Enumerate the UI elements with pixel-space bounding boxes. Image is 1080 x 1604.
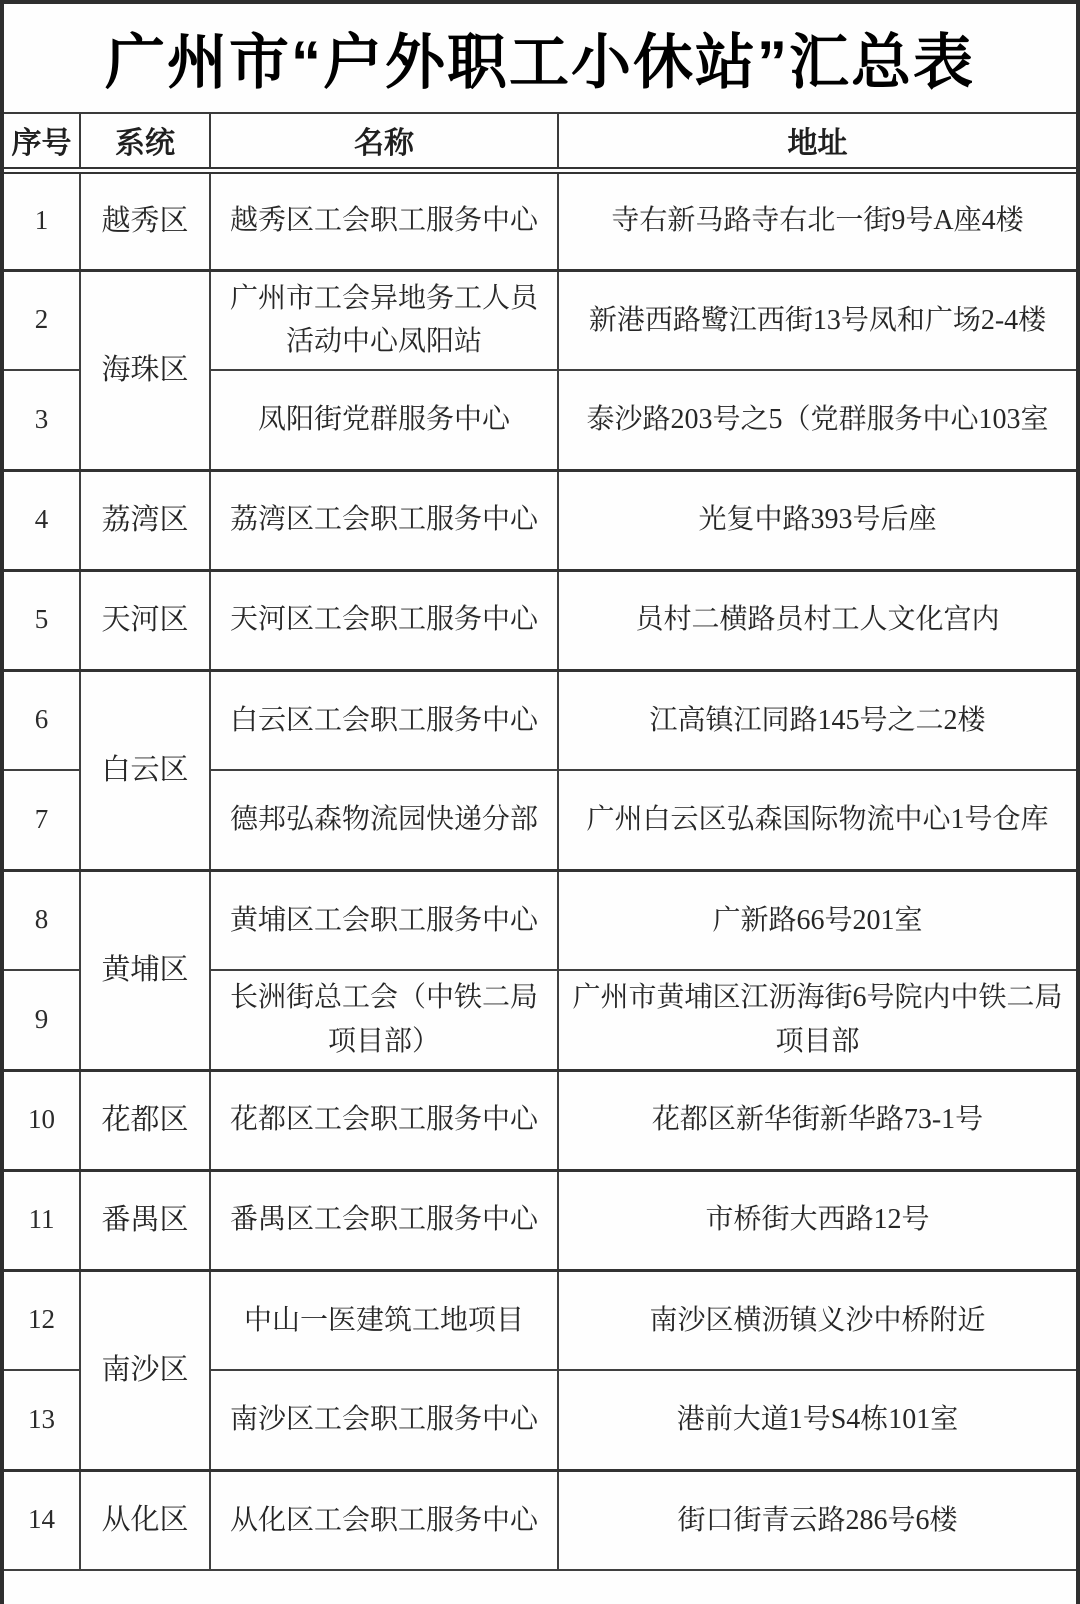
cell-address: 广新路66号201室 [558,870,1076,970]
page-title: 广州市“户外职工小休站”汇总表 [4,4,1076,114]
table-row: 8黄埔区黄埔区工会职工服务中心广新路66号201室 [4,870,1076,970]
cell-index: 9 [4,970,80,1070]
cell-district: 天河区 [80,570,210,670]
cell-district: 越秀区 [80,170,210,270]
cell-name: 长洲街总工会（中铁二局项目部） [210,970,558,1070]
cell-address: 市桥街大西路12号 [558,1170,1076,1270]
col-header-name: 名称 [210,114,558,170]
table-row: 2海珠区广州市工会异地务工人员活动中心凤阳站新港西路鹭江西街13号凤和广场2-4… [4,270,1076,370]
cell-name: 黄埔区工会职工服务中心 [210,870,558,970]
cell-index: 7 [4,770,80,870]
cell-index: 6 [4,670,80,770]
cell-name: 广州市工会异地务工人员活动中心凤阳站 [210,270,558,370]
cell-address: 新港西路鹭江西街13号凤和广场2-4楼 [558,270,1076,370]
col-header-index: 序号 [4,114,80,170]
cell-address: 江高镇江同路145号之二2楼 [558,670,1076,770]
cell-district: 黄埔区 [80,870,210,1070]
cell-name: 荔湾区工会职工服务中心 [210,470,558,570]
cell-index: 10 [4,1070,80,1170]
cell-name: 白云区工会职工服务中心 [210,670,558,770]
cell-address: 寺右新马路寺右北一街9号A座4楼 [558,170,1076,270]
cell-index: 4 [4,470,80,570]
cell-district: 海珠区 [80,270,210,470]
cell-district: 荔湾区 [80,470,210,570]
cell-district: 花都区 [80,1070,210,1170]
table-row: 14从化区从化区工会职工服务中心街口街青云路286号6楼 [4,1470,1076,1570]
cell-address: 花都区新华街新华路73-1号 [558,1070,1076,1170]
summary-sheet: 广州市“户外职工小休站”汇总表 序号 系统 名称 地址 1越秀区越秀区工会职工服… [0,0,1080,1604]
cell-index: 5 [4,570,80,670]
table-row: 4荔湾区荔湾区工会职工服务中心光复中路393号后座 [4,470,1076,570]
col-header-district: 系统 [80,114,210,170]
cell-name: 德邦弘森物流园快递分部 [210,770,558,870]
cell-index: 12 [4,1270,80,1370]
cell-name: 番禺区工会职工服务中心 [210,1170,558,1270]
cell-address: 广州市黄埔区江沥海街6号院内中铁二局项目部 [558,970,1076,1070]
table-row: 12南沙区中山一医建筑工地项目南沙区横沥镇义沙中桥附近 [4,1270,1076,1370]
cell-address: 街口街青云路286号6楼 [558,1470,1076,1570]
cell-address: 光复中路393号后座 [558,470,1076,570]
cell-name: 花都区工会职工服务中心 [210,1070,558,1170]
cell-district: 从化区 [80,1470,210,1570]
cell-address: 广州白云区弘森国际物流中心1号仓库 [558,770,1076,870]
cell-address: 员村二横路员村工人文化宫内 [558,570,1076,670]
table-body: 1越秀区越秀区工会职工服务中心寺右新马路寺右北一街9号A座4楼2海珠区广州市工会… [4,170,1076,1570]
cell-index: 13 [4,1370,80,1470]
cell-district: 白云区 [80,670,210,870]
summary-table: 序号 系统 名称 地址 1越秀区越秀区工会职工服务中心寺右新马路寺右北一街9号A… [4,114,1076,1571]
cell-district: 番禺区 [80,1170,210,1270]
table-row: 6白云区白云区工会职工服务中心江高镇江同路145号之二2楼 [4,670,1076,770]
table-row: 5天河区天河区工会职工服务中心员村二横路员村工人文化宫内 [4,570,1076,670]
cell-index: 3 [4,370,80,470]
cell-name: 凤阳街党群服务中心 [210,370,558,470]
cell-name: 南沙区工会职工服务中心 [210,1370,558,1470]
cell-index: 11 [4,1170,80,1270]
cell-address: 南沙区横沥镇义沙中桥附近 [558,1270,1076,1370]
cell-name: 从化区工会职工服务中心 [210,1470,558,1570]
cell-index: 2 [4,270,80,370]
cell-index: 8 [4,870,80,970]
table-row: 10花都区花都区工会职工服务中心花都区新华街新华路73-1号 [4,1070,1076,1170]
cell-address: 泰沙路203号之5（党群服务中心103室 [558,370,1076,470]
cell-district: 南沙区 [80,1270,210,1470]
cell-name: 天河区工会职工服务中心 [210,570,558,670]
table-row: 11番禺区番禺区工会职工服务中心市桥街大西路12号 [4,1170,1076,1270]
table-row: 1越秀区越秀区工会职工服务中心寺右新马路寺右北一街9号A座4楼 [4,170,1076,270]
col-header-address: 地址 [558,114,1076,170]
cell-name: 中山一医建筑工地项目 [210,1270,558,1370]
cell-index: 14 [4,1470,80,1570]
header-row: 序号 系统 名称 地址 [4,114,1076,170]
cell-address: 港前大道1号S4栋101室 [558,1370,1076,1470]
cell-name: 越秀区工会职工服务中心 [210,170,558,270]
cell-index: 1 [4,170,80,270]
